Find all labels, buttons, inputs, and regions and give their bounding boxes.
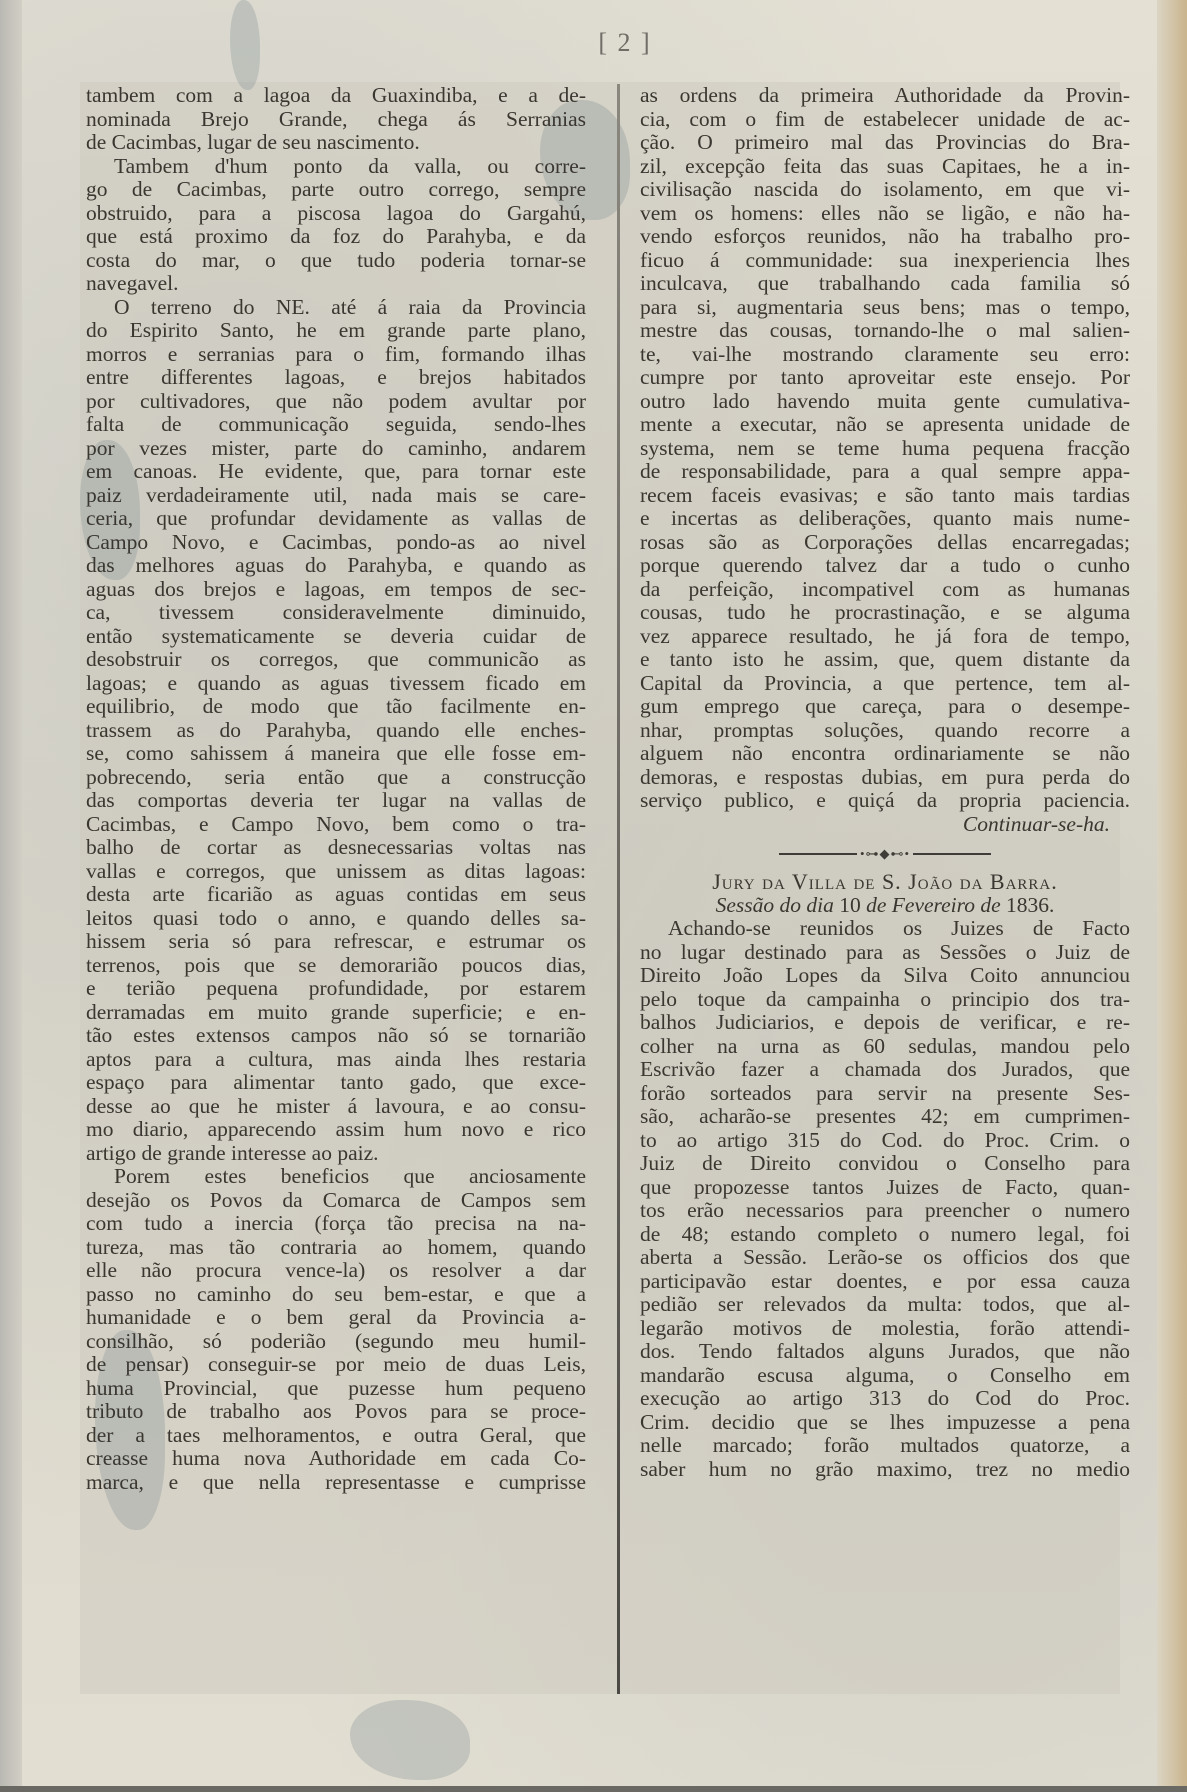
text-line: consilhão, só poderião (segundo meu humi… <box>86 1330 586 1354</box>
text-line: derramadas em muito grande superficie; e… <box>86 1001 586 1025</box>
text-line: por vezes mister, parte do caminho, anda… <box>86 437 586 461</box>
page-left-edge <box>0 0 22 1792</box>
text-line: zil, excepção feita das suas Capitaes, h… <box>640 155 1130 179</box>
left-column: tambem com a lagoa da Guaxindiba, e a de… <box>86 84 586 1494</box>
text-line: inculcava, que trabalhando cada familia … <box>640 272 1130 296</box>
text-line: mandarão escusa alguma, o Conselho em <box>640 1364 1130 1388</box>
session-date-year: 1836. <box>1006 893 1054 917</box>
page-right-edge <box>1157 0 1187 1792</box>
text-line: terrenos, pois que se demorarião poucos … <box>86 954 586 978</box>
text-line: to ao artigo 315 do Cod. do Proc. Crim. … <box>640 1129 1130 1153</box>
text-line: Cacimbas, e Campo Novo, bem como o tra- <box>86 813 586 837</box>
text-line: com tudo a inercia (força tão precisa na… <box>86 1212 586 1236</box>
text-line: de Cacimbas, lugar de seu nascimento. <box>86 131 586 155</box>
text-line: então systematicamente se deveria cuidar… <box>86 625 586 649</box>
text-line: hissem seria só para refrescar, e estrum… <box>86 930 586 954</box>
session-date-day: 10 <box>839 893 861 917</box>
text-line: participavão estar doentes, e por essa c… <box>640 1270 1130 1294</box>
text-line: tureza, mas tão contraria ao homem, quan… <box>86 1236 586 1260</box>
text-line: execução ao artigo 313 do Cod do Proc. <box>640 1387 1130 1411</box>
text-line: ca, tivessem consideravelmente diminuido… <box>86 601 586 625</box>
text-line: trassem as do Parahyba, quando elle ench… <box>86 719 586 743</box>
text-line: ficuo á communidade: sua inexperiencia l… <box>640 249 1130 273</box>
text-line: Porem estes beneficios que anciosamente <box>86 1165 586 1189</box>
water-stain <box>350 1700 470 1780</box>
text-line: civilisação nascida do isolamento, em qu… <box>640 178 1130 202</box>
separator-rule <box>913 853 991 855</box>
text-line: creasse huma nova Authoridade em cada Co… <box>86 1447 586 1471</box>
text-line: obstruido, para a piscosa lagoa do Garga… <box>86 202 586 226</box>
text-line: de 48; estando completo o numero legal, … <box>640 1223 1130 1247</box>
text-line: leitos quasi todo o anno, e quando delle… <box>86 907 586 931</box>
text-line: pobrecendo, seria então que a construcçã… <box>86 766 586 790</box>
text-line: mo diario, apparecendo assim hum novo e … <box>86 1118 586 1142</box>
text-line: forão sorteados para servir na presente … <box>640 1082 1130 1106</box>
text-line: Achando-se reunidos os Juizes de Facto <box>640 917 1130 941</box>
text-line: recem faceis evasivas; e são tanto mais … <box>640 484 1130 508</box>
text-line: marca, e que nella representasse e cumpr… <box>86 1471 586 1495</box>
text-line: gum emprego que careça, para o desempe- <box>640 695 1130 719</box>
text-line: morros e serranias para o fim, formando … <box>86 343 586 367</box>
text-line: da perfeição, incompativel com as humana… <box>640 578 1130 602</box>
text-line: O terreno do NE. até á raia da Provincia <box>86 296 586 320</box>
text-line: as ordens da primeira Authoridade da Pro… <box>640 84 1130 108</box>
column-divider <box>617 84 620 1694</box>
text-line: saber hum no grão maximo, trez no medio <box>640 1458 1130 1482</box>
separator-rule <box>779 853 857 855</box>
text-line: e terião pequena profundidade, por estar… <box>86 977 586 1001</box>
text-line: Crim. decidio que se lhes impuzesse a pe… <box>640 1411 1130 1435</box>
text-line: vem os homens: elles não se ligão, e não… <box>640 202 1130 226</box>
text-line: em canoas. He evidente, que, para tornar… <box>86 460 586 484</box>
text-line: tambem com a lagoa da Guaxindiba, e a de… <box>86 84 586 108</box>
text-line: aptos para a cultura, mas ainda lhes res… <box>86 1048 586 1072</box>
text-line: do Espirito Santo, he em grande parte pl… <box>86 319 586 343</box>
text-line: espaço para alimentar tanto gado, que ex… <box>86 1071 586 1095</box>
text-line: desobstruir os corregos, que communicão … <box>86 648 586 672</box>
text-line: que propozesse tantos Juizes de Facto, q… <box>640 1176 1130 1200</box>
text-line: vallas e corregos, que unissem as ditas … <box>86 860 586 884</box>
text-line: são, acharão-se presentes 42; em cumprim… <box>640 1105 1130 1129</box>
text-line: por cultivadores, que não podem avultar … <box>86 390 586 414</box>
text-line: no lugar destinado para as Sessões o Jui… <box>640 941 1130 965</box>
water-stain <box>230 0 260 90</box>
text-line: elle não procura vence-la) os resolver a… <box>86 1259 586 1283</box>
text-line: artigo de grande interesse ao paiz. <box>86 1142 586 1166</box>
text-line: demoras, e respostas dubias, em pura per… <box>640 766 1130 790</box>
text-line: nominada Brejo Grande, chega ás Serrania… <box>86 108 586 132</box>
text-line: de responsabilidade, para a qual sempre … <box>640 460 1130 484</box>
text-line: ceria, que profundar devidamente as vall… <box>86 507 586 531</box>
text-line: lagoas; e quando as aguas tivessem ficad… <box>86 672 586 696</box>
text-line: falta de communicação seguida, sendo-lhe… <box>86 413 586 437</box>
text-line: das melhores aguas do Parahyba, e quando… <box>86 554 586 578</box>
text-line: huma Provincial, que puzesse hum pequeno <box>86 1377 586 1401</box>
text-line: de pensar) conseguir-se por meio de duas… <box>86 1353 586 1377</box>
text-line: vez apparece resultado, he já fora de te… <box>640 625 1130 649</box>
text-line: rosas são as Corporações dellas encarreg… <box>640 531 1130 555</box>
text-line: cia, com o fim de estabelecer unidade de… <box>640 108 1130 132</box>
text-line: mente a executar, não se apresenta unida… <box>640 413 1130 437</box>
text-line: Juiz de Direito convidou o Conselho para <box>640 1152 1130 1176</box>
text-line: passo no caminho do seu bem-estar, e que… <box>86 1283 586 1307</box>
text-line: go de Cacimbas, parte outro corrego, sem… <box>86 178 586 202</box>
text-line: tributo de trabalho aos Povos para se pr… <box>86 1400 586 1424</box>
text-line: que está proximo da foz do Parahyba, e d… <box>86 225 586 249</box>
text-line: das comportas deveria ter lugar na valla… <box>86 789 586 813</box>
text-line: Campo Novo, e Cacimbas, pondo-as ao nive… <box>86 531 586 555</box>
text-line: costa do mar, o que tudo poderia tornar-… <box>86 249 586 273</box>
text-line: para si, augmentaria seus bens; mas o te… <box>640 296 1130 320</box>
jury-report: Achando-se reunidos os Juizes de Factono… <box>640 917 1130 1481</box>
text-line: balhos Judiciarios, e depois de verifica… <box>640 1011 1130 1035</box>
ornament-icon: •⊶◆⊷• <box>857 842 913 866</box>
text-line: tos erão necessarios para preencher o nu… <box>640 1199 1130 1223</box>
text-line: e incertas as deliberações, quanto mais … <box>640 507 1130 531</box>
text-line: balho de cortar as desnecessarias voltas… <box>86 836 586 860</box>
article-continuation: as ordens da primeira Authoridade da Pro… <box>640 84 1130 813</box>
text-line: e tanto isto he assim, que, quem distant… <box>640 648 1130 672</box>
text-line: legarão motivos de molestia, forão atten… <box>640 1317 1130 1341</box>
text-line: ção. O primeiro mal das Provincias do Br… <box>640 131 1130 155</box>
text-line: te, vai-lhe mostrando claramente seu err… <box>640 343 1130 367</box>
right-column: as ordens da primeira Authoridade da Pro… <box>640 84 1130 1481</box>
text-line: Escrivão fazer a chamada dos Jurados, qu… <box>640 1058 1130 1082</box>
text-line: desejão os Povos da Comarca de Campos se… <box>86 1189 586 1213</box>
text-line: systema, nem se teme huma pequena fracçã… <box>640 437 1130 461</box>
text-line: paiz verdadeiramente util, nada mais se … <box>86 484 586 508</box>
text-line: se, como sahissem á maneira que elle fos… <box>86 742 586 766</box>
text-line: serviço publico, e quiçá da propria paci… <box>640 789 1130 813</box>
text-line: mestre das cousas, tornando-lhe o mal sa… <box>640 319 1130 343</box>
text-line: Capital da Provincia, a que pertence, te… <box>640 672 1130 696</box>
text-line: navegavel. <box>86 272 586 296</box>
text-line: nelle marcado; forão multados quatorze, … <box>640 1434 1130 1458</box>
text-line: entre differentes lagoas, e brejos habit… <box>86 366 586 390</box>
page-number: [ 2 ] <box>585 28 665 58</box>
section-heading: Jury da Villa de S. João da Barra. <box>640 870 1130 894</box>
continuation-note: Continuar-se-ha. <box>640 813 1130 837</box>
text-line: colher na urna as 60 sedulas, mandou pel… <box>640 1035 1130 1059</box>
text-line: desse ao que he mister á lavoura, e ao c… <box>86 1095 586 1119</box>
text-line: cumpre por tanto aproveitar este ensejo.… <box>640 366 1130 390</box>
text-line: porque querendo talvez dar a tudo o cunh… <box>640 554 1130 578</box>
text-line: alguem não encontra ordinariamente se nã… <box>640 742 1130 766</box>
text-line: outro lado havendo muita gente cumulativ… <box>640 390 1130 414</box>
text-line: Direito João Lopes da Silva Coito annunc… <box>640 964 1130 988</box>
text-line: aberta a Sessão. Lerão-se os officios do… <box>640 1246 1130 1270</box>
text-line: vendo esforços reunidos, não ha trabalho… <box>640 225 1130 249</box>
text-line: equilibrio, de modo que tão facilmente e… <box>86 695 586 719</box>
text-line: dos. Tendo faltados alguns Jurados, que … <box>640 1340 1130 1364</box>
text-line: aguas dos brejos e lagoas, em tempos de … <box>86 578 586 602</box>
newspaper-page: [ 2 ] tambem com a lagoa da Guaxindiba, … <box>0 0 1187 1792</box>
session-date-prefix: Sessão do dia <box>716 893 834 917</box>
text-line: cousas, tudo he procrastinação, e se alg… <box>640 601 1130 625</box>
session-date-month: de Fevereiro de <box>866 893 1001 917</box>
text-line: pelo toque da campainha o principio dos … <box>640 988 1130 1012</box>
text-line: pedião ser relevados da multa: todos, qu… <box>640 1293 1130 1317</box>
text-line: tão estes extensos campos não só se torn… <box>86 1024 586 1048</box>
text-line: Tambem d'hum ponto da valla, ou corre- <box>86 155 586 179</box>
text-line: nhar, promptas soluções, quando recorre … <box>640 719 1130 743</box>
scan-bottom-edge <box>0 1786 1187 1792</box>
text-line: der a taes melhoramentos, e outra Geral,… <box>86 1424 586 1448</box>
text-line: desta arte ficarião as aguas contidas em… <box>86 883 586 907</box>
session-date: Sessão do dia 10 de Fevereiro de 1836. <box>640 894 1130 918</box>
section-separator: •⊶◆⊷• <box>640 846 1130 862</box>
text-line: humanidade e o bem geral da Provincia a- <box>86 1306 586 1330</box>
